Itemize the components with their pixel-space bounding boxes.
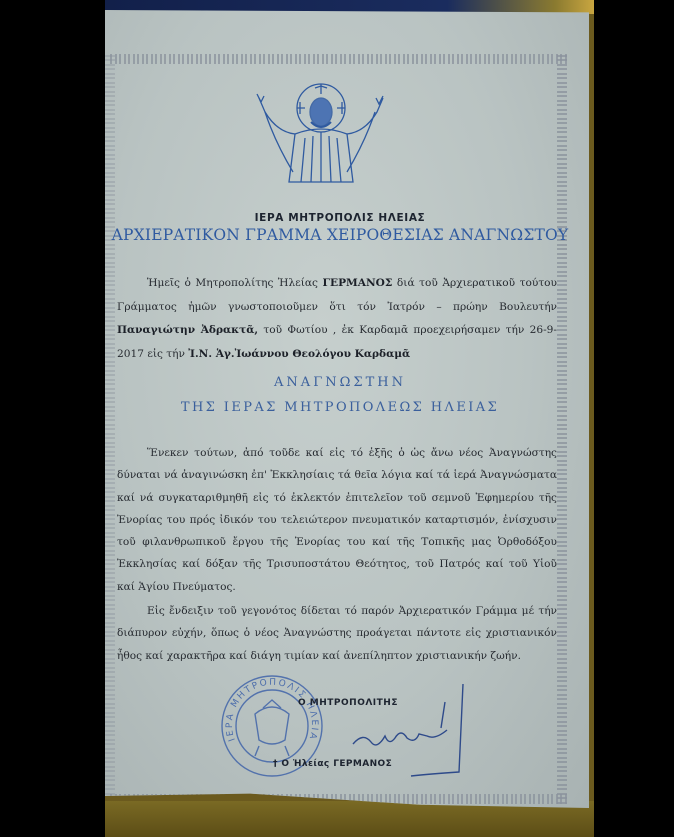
rights-paragraph: Ἕνεκεν τούτων, ἀπό τοῦδε καί εἰς τό ἑξῆς… (117, 442, 557, 598)
metropolis-header: ΙΕΡΑ ΜΗΤΡΟΠΟΛΙΣ ΗΛΕΙΑΣ (105, 212, 575, 224)
intro-paragraph: Ἡμεῖς ὁ Μητροπολίτης Ἠλείας ΓΕΡΜΑΝΟΣ διά… (117, 272, 557, 366)
reader-title-subtitle: ΤΗΣ ΙΕΡΑΣ ΜΗΤΡΟΠΟΛΕΩΣ ΗΛΕΙΑΣ (105, 400, 575, 415)
closing-text: Εἰς ἔνδειξιν τοῦ γεγονότος δίδεται τό πα… (117, 600, 557, 667)
signatory-name: † Ο Ἠλείας ΓΕΡΜΑΝΟΣ (273, 759, 453, 769)
reader-title: ΑΝΑΓΝΩΣΤΗΝ (105, 375, 575, 390)
intro-text-1: Ἡμεῖς ὁ Μητροπολίτης Ἠλείας (117, 277, 322, 289)
rights-text: Ἕνεκεν τούτων, ἀπό τοῦδε καί εἰς τό ἑξῆς… (117, 442, 557, 598)
document-title: ΑΡΧΙΕΡΑΤΙΚΟΝ ΓΡΑΜΜΑ ΧΕΙΡΟΘΕΣΙΑΣ ΑΝΑΓΝΩΣΤ… (105, 226, 575, 244)
document-photo: ΙΕΡΑ ΜΗΤΡΟΠΟΛΙΣ ΗΛΕΙΑΣ ΑΡΧΙΕΡΑΤΙΚΟΝ ΓΡΑΜ… (105, 0, 594, 837)
church-name: Ἰ.Ν. Ἁγ.Ἰωάννου Θεολόγου Καρδαμᾶ (188, 348, 410, 360)
certificate-paper: ΙΕΡΑ ΜΗΤΡΟΠΟΛΙΣ ΗΛΕΙΑΣ ΑΡΧΙΕΡΑΤΙΚΟΝ ΓΡΑΜ… (105, 10, 589, 808)
meander-border-top (110, 54, 567, 64)
closing-paragraph: Εἰς ἔνδειξιν τοῦ γεγονότος δίδεται τό πα… (117, 600, 557, 667)
reader-name: Παναγιώτην Ἀδρακτᾶ, (117, 324, 258, 336)
christ-pantocrator-icon (245, 82, 395, 192)
metropolitan-name: ΓΕΡΜΑΝΟΣ (322, 277, 392, 289)
meander-border-right (557, 54, 567, 804)
meander-border-left (105, 54, 115, 804)
